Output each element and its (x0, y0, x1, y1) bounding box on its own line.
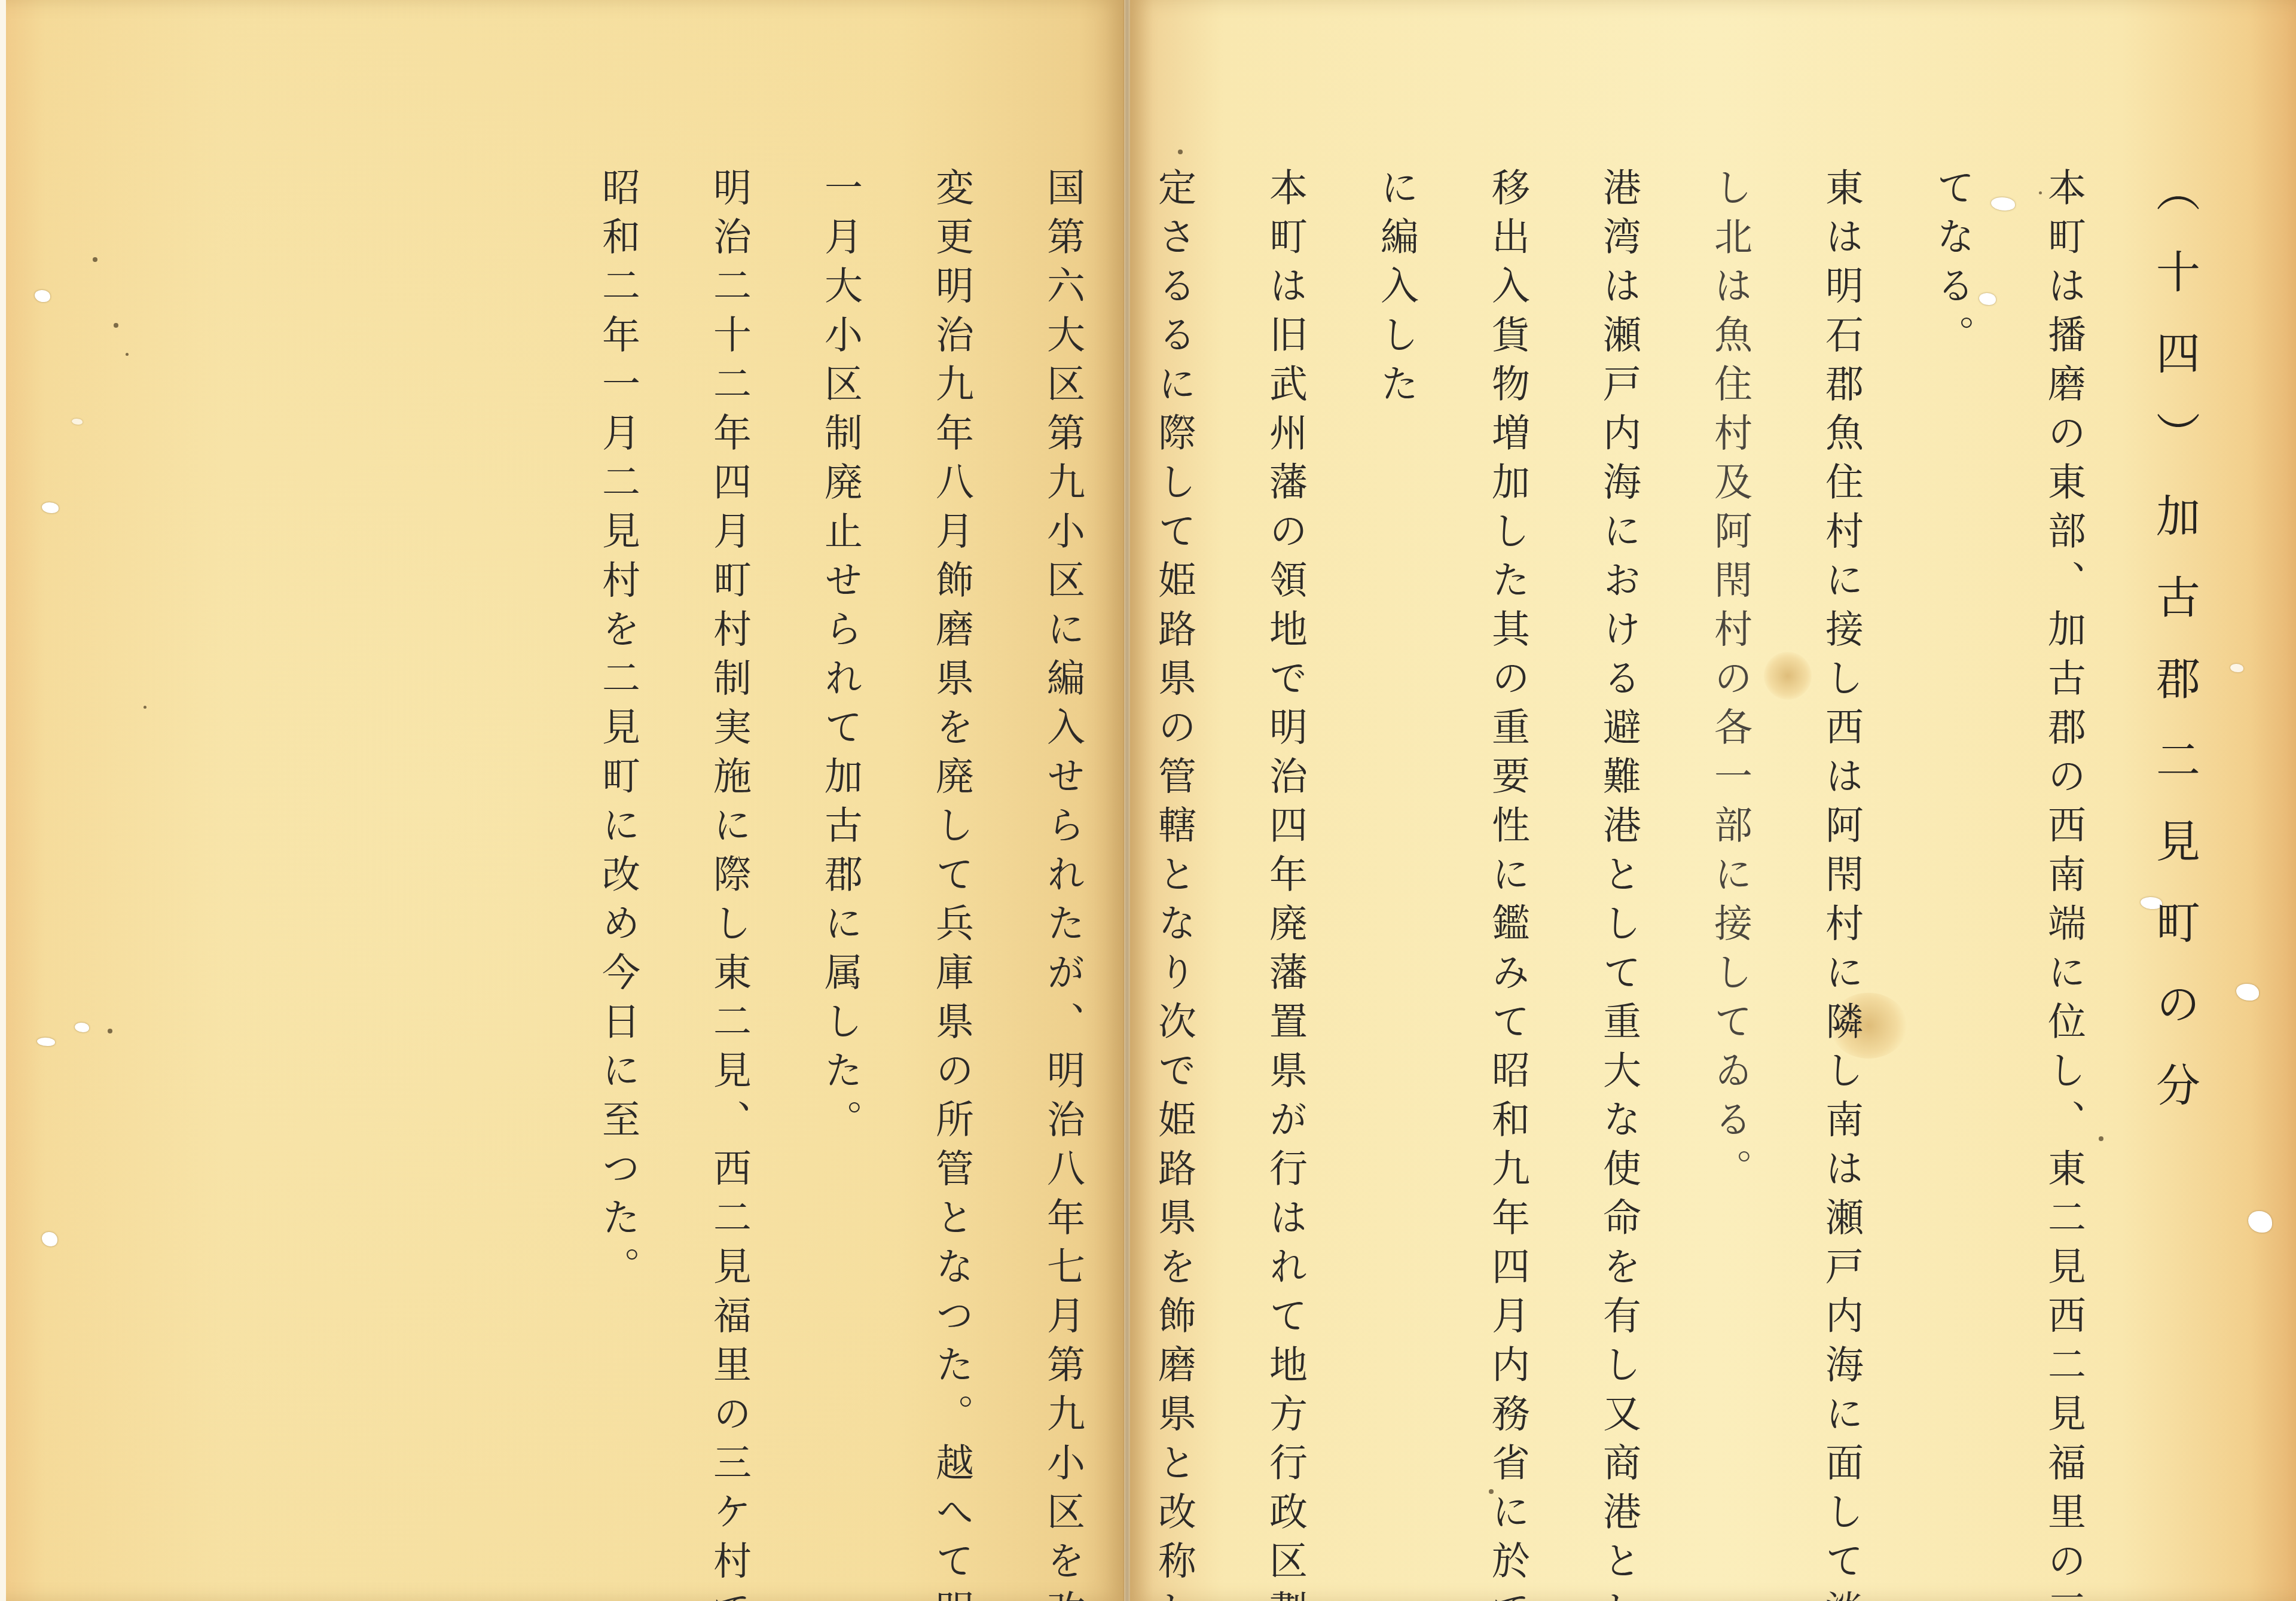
text-line: 一月大小区制廃止せられて加古郡に属した。 (784, 167, 896, 1423)
text-line: 東は明石郡魚住村に接し西は阿閇村に隣し南は瀬戸内海に面して淡路島に相対 (1785, 167, 1897, 1423)
text-line: 港湾は瀬戸内海における避難港として重大な使命を有し又商港として近時著しく (1563, 167, 1674, 1423)
worm-hole (2230, 664, 2243, 672)
text-line: 移出入貨物増加した其の重要性に鑑みて昭和九年四月内務省に於ては指定港湾 (1452, 167, 1563, 1423)
text-line: 昭和二年一月二見村を二見町に改め今日に至つた。 (562, 167, 673, 1423)
worm-hole (72, 419, 83, 425)
paper-speck (108, 1029, 112, 1033)
paper-speck (1178, 150, 1183, 154)
text-line: に編入した (1341, 167, 1452, 1423)
manuscript-text: （十四）加古郡二見町の分 本町は播磨の東部、加古郡の西南端に位し、東二見西二見福… (1178, 167, 2230, 1423)
left-page-edge (0, 0, 6, 1601)
paper-speck (143, 706, 146, 709)
text-line: 本町は旧武州藩の領地で明治四年廃藩置県が行はれて地方行政区劃の基礎が創 (1229, 167, 1341, 1423)
text-line: し北は魚住村及阿閇村の各一部に接してゐる。 (1674, 167, 1785, 1423)
text-line: 本町は播磨の東部、加古郡の西南端に位し、東二見西二見福里の三大字を管轄し (2008, 167, 2119, 1423)
right-page: （十四）加古郡二見町の分 本町は播磨の東部、加古郡の西南端に位し、東二見西二見福… (1130, 0, 2296, 1601)
paper-speck (93, 257, 97, 262)
paper-speck (126, 353, 129, 356)
section-title: （十四）加古郡二見町の分 (2119, 167, 2230, 1423)
text-line: 国第六大区第九小区に編入せられたが、明治八年七月第九小区を改め第四小区に (1007, 167, 1118, 1423)
worm-hole (35, 290, 50, 302)
paper-speck (114, 323, 118, 328)
worm-hole (42, 502, 59, 513)
text-line: てなる。 (1897, 167, 2008, 1423)
worm-hole (2236, 984, 2259, 1001)
worm-hole (2248, 1211, 2272, 1233)
text-line: 定さるるに際して姫路県の管轄となり次で姫路県を飾磨県と改称して播磨の (1118, 167, 1229, 1423)
text-line: 変更明治九年八月飾磨県を廃して兵庫県の所管となつた。越へて明治十二年 (896, 167, 1007, 1423)
worm-hole (75, 1023, 89, 1032)
text-line: 明治二十二年四月町村制実施に際し東二見、西二見福里の三ケ村で二見村となり (673, 167, 784, 1423)
worm-hole (37, 1038, 55, 1046)
worm-hole (42, 1232, 57, 1246)
book-spread: （十四）加古郡二見町の分 本町は播磨の東部、加古郡の西南端に位し、東二見西二見福… (0, 0, 2296, 1601)
